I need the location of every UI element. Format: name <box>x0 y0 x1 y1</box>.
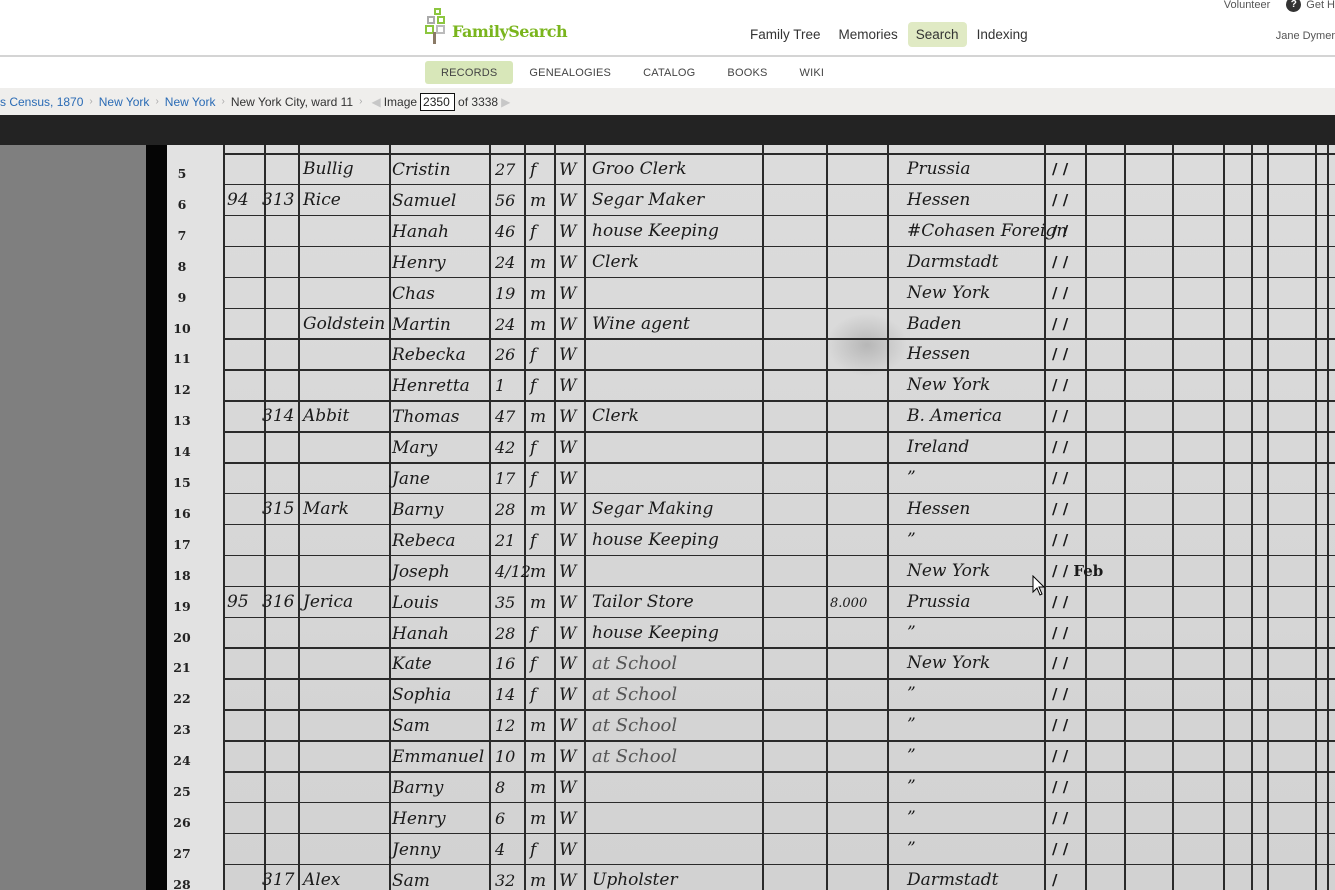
given-name: Samuel <box>392 191 456 211</box>
given-name: Martin <box>392 315 451 335</box>
birthplace: Darmstadt <box>907 870 998 890</box>
given-name: Thomas <box>392 407 460 427</box>
grid-row-line <box>223 369 1335 371</box>
row-number: 12 <box>167 382 197 397</box>
age: 1 <box>495 376 505 395</box>
color: W <box>559 747 576 767</box>
given-name: Sophia <box>392 685 451 705</box>
sex: f <box>530 624 536 644</box>
grid-row-line <box>223 647 1335 649</box>
color: W <box>559 562 576 582</box>
sex: f <box>530 345 536 365</box>
tab-wiki[interactable]: WIKI <box>784 61 841 84</box>
row-number: 22 <box>167 691 197 706</box>
tally-marks: / / <box>1052 624 1068 642</box>
census-page-image[interactable]: 5BulligCristin27fWGroo ClerkPrussia/ /69… <box>167 145 1335 890</box>
birthplace: Ireland <box>907 437 969 457</box>
row-number: 15 <box>167 475 197 490</box>
sex: f <box>530 469 536 489</box>
grid-row-line <box>223 431 1335 433</box>
tally-marks: / / <box>1052 469 1068 487</box>
occupation: Tailor Store <box>592 592 694 612</box>
grid-row-line <box>223 709 1335 711</box>
occupation: house Keeping <box>592 530 719 550</box>
age: 24 <box>495 315 515 334</box>
color: W <box>559 685 576 705</box>
given-name: Henry <box>392 809 446 829</box>
birthplace: Baden <box>907 314 962 334</box>
surname: Jerica <box>303 592 353 612</box>
color: W <box>559 284 576 304</box>
tally-marks: / / <box>1052 407 1068 425</box>
sex: m <box>530 871 546 890</box>
age: 8 <box>495 778 505 797</box>
grid-row-line <box>223 740 1335 742</box>
viewer-toolbar <box>0 115 1335 145</box>
image-viewer[interactable]: 5BulligCristin27fWGroo ClerkPrussia/ /69… <box>0 145 1335 890</box>
tab-records[interactable]: RECORDS <box>425 61 513 84</box>
grid-column-line <box>489 145 491 890</box>
given-name: Hanah <box>392 222 449 242</box>
grid-column-line <box>762 145 764 890</box>
sex: m <box>530 191 546 211</box>
row-number: 24 <box>167 753 197 768</box>
grid-row-line <box>223 184 1335 186</box>
given-name: Joseph <box>392 562 450 582</box>
row-number: 6 <box>167 197 197 212</box>
nav-family-tree[interactable]: Family Tree <box>742 22 829 47</box>
grid-column-line <box>554 145 556 890</box>
row-number: 11 <box>167 351 197 366</box>
grid-row-line <box>223 833 1335 835</box>
color: W <box>559 315 576 335</box>
sex: m <box>530 500 546 520</box>
birthplace: ” <box>907 468 916 488</box>
color: W <box>559 624 576 644</box>
color: W <box>559 716 576 736</box>
tally-marks: / / <box>1052 500 1068 518</box>
age: 16 <box>495 654 515 673</box>
tally-marks: / / <box>1052 593 1068 611</box>
given-name: Jenny <box>392 840 440 860</box>
given-name: Hanah <box>392 624 449 644</box>
birthplace: ” <box>907 777 916 797</box>
occupation: Upholster <box>592 870 678 890</box>
grid-column-line <box>1172 145 1174 890</box>
tally-marks: / / <box>1052 840 1068 858</box>
grid-column-line <box>1124 145 1126 890</box>
occupation: Groo Clerk <box>592 159 687 179</box>
grid-row-line <box>223 400 1335 402</box>
birthplace: New York <box>907 283 990 303</box>
family-number: 315 <box>262 499 294 519</box>
age: 4 <box>495 840 505 859</box>
row-number: 16 <box>167 506 197 521</box>
surname: Mark <box>303 499 349 519</box>
nav-memories[interactable]: Memories <box>831 22 906 47</box>
given-name: Cristin <box>392 160 451 180</box>
breadcrumb-current: New York City, ward 11 <box>231 95 353 109</box>
occupation: Segar Making <box>592 499 713 519</box>
tally-marks: / / <box>1052 222 1068 240</box>
tally-marks: / / <box>1052 438 1068 456</box>
surname: Abbit <box>303 406 349 426</box>
birthplace: ” <box>907 808 916 828</box>
breadcrumb-state[interactable]: New York <box>99 95 150 109</box>
occupation: Clerk <box>592 406 639 426</box>
birthplace: Darmstadt <box>907 252 998 272</box>
age: 19 <box>495 284 515 303</box>
row-number: 17 <box>167 537 197 552</box>
age: 28 <box>495 624 515 643</box>
grid-row-line <box>223 555 1335 557</box>
sex: m <box>530 562 546 582</box>
user-menu[interactable]: Jane Dymer <box>1276 30 1335 42</box>
row-number: 27 <box>167 846 197 861</box>
scan-border <box>146 145 167 890</box>
birthplace: Hessen <box>907 190 970 210</box>
row-number: 26 <box>167 815 197 830</box>
color: W <box>559 191 576 211</box>
family-number: 314 <box>262 406 294 426</box>
occupation: at School <box>592 715 677 736</box>
grid-column-line <box>223 145 225 890</box>
row-number: 8 <box>167 259 197 274</box>
grid-column-line <box>1044 145 1046 890</box>
occupation: at School <box>592 684 677 705</box>
breadcrumb-separator: › <box>89 96 92 107</box>
given-name: Chas <box>392 284 435 304</box>
row-number: 7 <box>167 228 197 243</box>
birthplace: ” <box>907 746 916 766</box>
birthplace: Hessen <box>907 344 970 364</box>
tree-logo-icon <box>425 8 451 44</box>
grid-row-line <box>223 617 1335 619</box>
row-number: 18 <box>167 568 197 583</box>
grid-column-line <box>1085 145 1087 890</box>
row-number: 14 <box>167 444 197 459</box>
given-name: Rebeca <box>392 531 455 551</box>
age: 32 <box>495 871 515 890</box>
surname: Bullig <box>303 159 354 179</box>
row-number: 13 <box>167 413 197 428</box>
row-number: 5 <box>167 166 197 181</box>
given-name: Barny <box>392 500 443 520</box>
color: W <box>559 809 576 829</box>
grid-row-line <box>223 308 1335 310</box>
tally-marks: / / <box>1052 778 1068 796</box>
family-number: 313 <box>262 190 294 210</box>
age: 14 <box>495 685 515 704</box>
family-number: 316 <box>262 592 294 612</box>
row-number: 19 <box>167 599 197 614</box>
occupation: at School <box>592 746 677 767</box>
age: 4/12 <box>495 562 531 581</box>
birthplace: New York <box>907 653 990 673</box>
color: W <box>559 345 576 365</box>
color: W <box>559 871 576 890</box>
sex: f <box>530 222 536 242</box>
breadcrumb-county[interactable]: New York <box>165 95 216 109</box>
grid-column-line <box>524 145 526 890</box>
birthplace: New York <box>907 561 990 581</box>
given-name: Henry <box>392 253 446 273</box>
grid-column-line <box>298 145 300 890</box>
tally-marks: / <box>1052 871 1057 889</box>
tally-marks: / / <box>1052 376 1068 394</box>
help-icon[interactable]: ? <box>1286 0 1301 12</box>
age: 10 <box>495 747 515 766</box>
grid-row-line <box>223 586 1335 588</box>
sex: f <box>530 685 536 705</box>
next-image-arrow-icon[interactable]: ▶ <box>501 95 510 109</box>
search-subnav: RECORDSGENEALOGIESCATALOGBOOKSWIKI <box>0 57 1335 89</box>
grid-row-line <box>223 215 1335 217</box>
age: 26 <box>495 345 515 364</box>
grid-column-line <box>826 145 828 890</box>
color: W <box>559 593 576 613</box>
occupation: house Keeping <box>592 221 719 241</box>
tally-marks: / / <box>1052 315 1068 333</box>
grid-column-line <box>389 145 391 890</box>
birthplace: Hessen <box>907 499 970 519</box>
sex: f <box>530 438 536 458</box>
row-number: 28 <box>167 877 197 890</box>
birthplace: ” <box>907 623 916 643</box>
tab-books[interactable]: BOOKS <box>711 61 783 84</box>
color: W <box>559 407 576 427</box>
tally-marks: / / <box>1052 809 1068 827</box>
nav-indexing[interactable]: Indexing <box>969 22 1036 47</box>
grid-row-line <box>223 771 1335 773</box>
birthplace: B. America <box>907 406 1002 426</box>
tally-marks: / / <box>1052 654 1068 672</box>
color: W <box>559 469 576 489</box>
occupation: at School <box>592 653 677 674</box>
age: 28 <box>495 500 515 519</box>
grid-column-line <box>887 145 889 890</box>
age: 21 <box>495 531 515 550</box>
breadcrumb-separator: › <box>359 96 362 107</box>
sex: f <box>530 531 536 551</box>
birthplace: ” <box>907 715 916 735</box>
tally-marks: / / <box>1052 345 1068 363</box>
birthplace: ” <box>907 530 916 550</box>
given-name: Emmanuel <box>392 747 484 767</box>
mouse-cursor-icon <box>1032 575 1046 597</box>
color: W <box>559 654 576 674</box>
given-name: Sam <box>392 871 430 890</box>
image-label: Image <box>384 95 417 109</box>
color: W <box>559 160 576 180</box>
color: W <box>559 376 576 396</box>
row-number: 9 <box>167 290 197 305</box>
sex: m <box>530 253 546 273</box>
sex: m <box>530 778 546 798</box>
dwelling-number: 94 <box>227 190 249 210</box>
color: W <box>559 840 576 860</box>
age: 46 <box>495 222 515 241</box>
grid-row-line <box>223 864 1335 866</box>
sex: f <box>530 840 536 860</box>
grid-row-line <box>223 524 1335 526</box>
family-number: 317 <box>262 870 294 890</box>
site-header: FamilySearch Family TreeMemoriesSearchIn… <box>0 0 1335 57</box>
grid-column-line <box>1315 145 1317 890</box>
tally-marks: / / <box>1052 253 1068 271</box>
surname: Rice <box>303 190 341 210</box>
volunteer-link[interactable]: Volunteer <box>1224 0 1270 11</box>
age: 42 <box>495 438 515 457</box>
row-number: 10 <box>167 321 197 336</box>
get-help-link[interactable]: Get H <box>1306 0 1335 11</box>
tally-marks: / / <box>1052 531 1068 549</box>
given-name: Henretta <box>392 376 470 396</box>
surname: Alex <box>303 870 340 890</box>
brand-name: FamilySearch <box>452 22 567 41</box>
occupation: house Keeping <box>592 623 719 643</box>
grid-row-line <box>223 277 1335 279</box>
previous-image-arrow-icon[interactable]: ◀ <box>371 95 380 109</box>
tab-genealogies[interactable]: GENEALOGIES <box>513 61 627 84</box>
color: W <box>559 222 576 242</box>
grid-row-line <box>223 153 1335 155</box>
sex: f <box>530 654 536 674</box>
main-nav: Family TreeMemoriesSearchIndexing <box>742 22 1038 47</box>
grid-column-line <box>1327 145 1329 890</box>
sex: m <box>530 407 546 427</box>
tab-catalog[interactable]: CATALOG <box>627 61 711 84</box>
birthplace: Prussia <box>907 159 971 179</box>
birthplace: #Cohasen Foreign <box>907 221 1067 241</box>
age: 12 <box>495 716 515 735</box>
sex: m <box>530 284 546 304</box>
breadcrumb-separator: › <box>155 96 158 107</box>
age: 17 <box>495 469 515 488</box>
breadcrumb: s Census, 1870 › New York › New York › N… <box>0 88 1335 115</box>
given-name: Mary <box>392 438 437 458</box>
age: 35 <box>495 593 515 612</box>
birthplace: ” <box>907 684 916 704</box>
given-name: Kate <box>392 654 432 674</box>
grid-row-line <box>223 462 1335 464</box>
sex: f <box>530 160 536 180</box>
row-number: 20 <box>167 630 197 645</box>
grid-column-line <box>1251 145 1253 890</box>
grid-column-line <box>584 145 586 890</box>
grid-column-line <box>1267 145 1269 890</box>
birthplace: ” <box>907 839 916 859</box>
grid-row-line <box>223 338 1335 340</box>
age: 27 <box>495 160 515 179</box>
row-number: 21 <box>167 660 197 675</box>
grid-row-line <box>223 802 1335 804</box>
given-name: Barny <box>392 778 443 798</box>
tally-marks: / / <box>1052 191 1068 209</box>
row-number: 25 <box>167 784 197 799</box>
given-name: Louis <box>392 593 439 613</box>
property-value: 8.000 <box>830 596 867 611</box>
age: 47 <box>495 407 515 426</box>
tally-marks: / / <box>1052 716 1068 734</box>
color: W <box>559 500 576 520</box>
row-number: 23 <box>167 722 197 737</box>
tally-marks: / / <box>1052 747 1068 765</box>
occupation: Clerk <box>592 252 639 272</box>
grid-row-line <box>223 246 1335 248</box>
given-name: Sam <box>392 716 430 736</box>
sex: m <box>530 809 546 829</box>
sex: m <box>530 747 546 767</box>
tally-marks: / / <box>1052 685 1068 703</box>
birthplace: New York <box>907 375 990 395</box>
surname: Goldstein <box>303 314 385 334</box>
sex: m <box>530 593 546 613</box>
given-name: Rebecka <box>392 345 466 365</box>
age: 56 <box>495 191 515 210</box>
color: W <box>559 531 576 551</box>
familysearch-logo[interactable]: FamilySearch <box>425 8 567 44</box>
tally-marks: / / <box>1052 284 1068 302</box>
tally-marks: / / <box>1052 160 1068 178</box>
dwelling-number: 95 <box>227 592 249 612</box>
nav-search[interactable]: Search <box>908 22 967 47</box>
sex: m <box>530 716 546 736</box>
age: 6 <box>495 809 505 828</box>
image-total: of 3338 <box>458 95 498 109</box>
birthplace: Prussia <box>907 592 971 612</box>
color: W <box>559 438 576 458</box>
occupation: Segar Maker <box>592 190 704 210</box>
age: 24 <box>495 253 515 272</box>
breadcrumb-collection[interactable]: s Census, 1870 <box>0 95 83 109</box>
grid-row-line <box>223 493 1335 495</box>
utility-links: Volunteer ? Get H <box>1224 0 1335 12</box>
grid-row-line <box>223 678 1335 680</box>
occupation: Wine agent <box>592 314 690 334</box>
breadcrumb-separator: › <box>221 96 224 107</box>
color: W <box>559 253 576 273</box>
sex: m <box>530 315 546 335</box>
color: W <box>559 778 576 798</box>
tally-marks: / / Feb <box>1052 562 1103 580</box>
given-name: Jane <box>392 469 430 489</box>
sex: f <box>530 376 536 396</box>
grid-column-line <box>1223 145 1225 890</box>
image-number-input[interactable]: 2350 <box>420 93 455 111</box>
